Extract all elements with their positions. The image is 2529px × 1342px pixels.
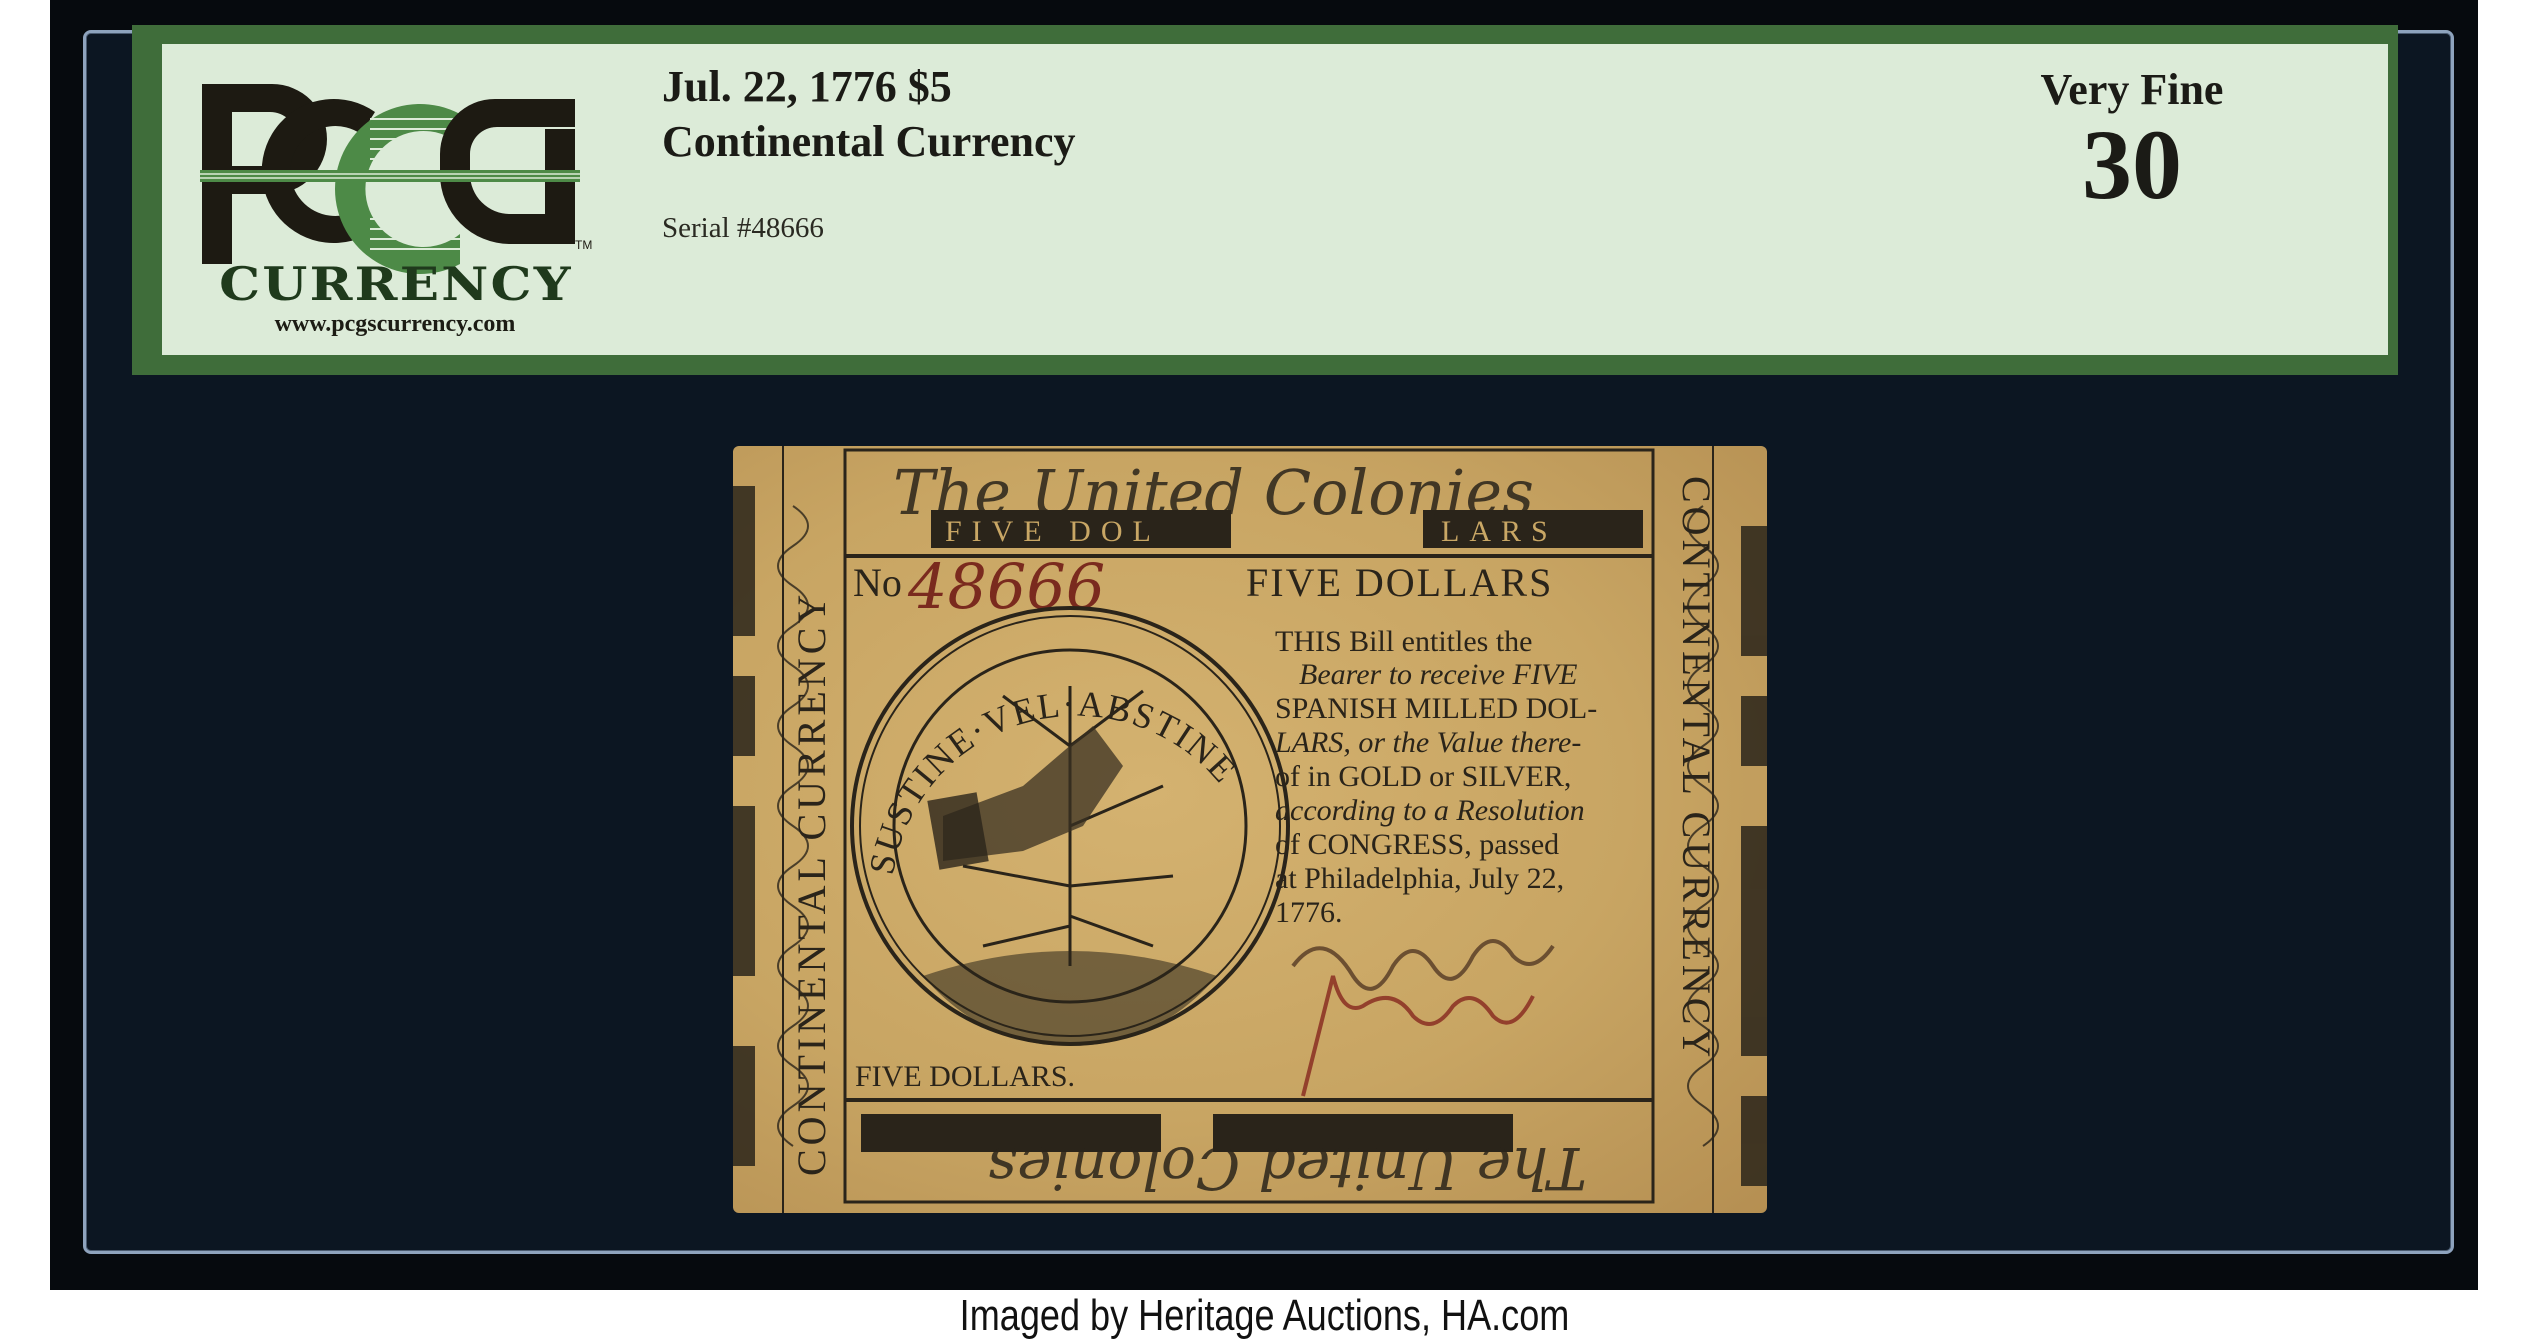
number-prefix: No	[853, 560, 902, 605]
svg-text:of CONGRESS, passed: of CONGRESS, passed	[1275, 828, 1559, 861]
denomination-band-right: LARS	[1441, 515, 1558, 548]
svg-text:LARS, or the Value there-: LARS, or the Value there-	[1274, 726, 1581, 759]
svg-text:Bearer to receive FIVE: Bearer to receive FIVE	[1299, 658, 1577, 691]
svg-text:TM: TM	[575, 238, 592, 252]
pcgs-currency-logo: TM CURRENCY www.pcgscurrency.com	[180, 64, 610, 354]
grade-number: 30	[1982, 110, 2282, 220]
handwritten-serial: 48666	[907, 550, 1105, 623]
bill-text: THIS Bill entitles the Bearer to receive…	[1274, 625, 1597, 929]
grading-label: TM CURRENCY www.pcgscurrency.com Jul. 22…	[132, 25, 2398, 375]
denomination-band-left: FIVE DOL	[945, 515, 1161, 548]
signature-2-icon	[1303, 976, 1533, 1096]
svg-text:according to a Resolution: according to a Resolution	[1275, 794, 1585, 827]
currency-wordmark: CURRENCY	[172, 257, 620, 311]
lower-denomination: FIVE DOLLARS.	[855, 1060, 1075, 1093]
banknote: CONTINENTAL CURRENCY CONTINENTAL CURRENC…	[733, 446, 1767, 1213]
side-text-left: CONTINENTAL CURRENCY	[789, 591, 834, 1176]
grade-description: Very Fine	[1982, 64, 2282, 115]
brand-url: www.pcgscurrency.com	[180, 311, 610, 338]
denomination-title: FIVE DOLLARS	[1246, 560, 1553, 605]
svg-text:THIS Bill entitles the: THIS Bill entitles the	[1275, 625, 1532, 658]
note-type: Continental Currency	[662, 114, 1076, 170]
svg-text:1776.: 1776.	[1275, 896, 1343, 929]
note-title: Jul. 22, 1776 $5	[662, 59, 952, 115]
side-text-right: CONTINENTAL CURRENCY	[1674, 476, 1719, 1061]
svg-text:of in GOLD or SILVER,: of in GOLD or SILVER,	[1275, 760, 1571, 793]
svg-text:at Philadelphia, July 22,: at Philadelphia, July 22,	[1275, 862, 1564, 895]
image-credit: Imaged by Heritage Auctions, HA.com	[228, 1290, 2302, 1342]
banknote-engraving: CONTINENTAL CURRENCY CONTINENTAL CURRENC…	[733, 446, 1767, 1213]
label-panel: TM CURRENCY www.pcgscurrency.com Jul. 22…	[162, 44, 2388, 355]
note-header-inverted: The United Colonies	[987, 1134, 1587, 1202]
serial-number: Serial #48666	[662, 212, 824, 245]
svg-text:SPANISH MILLED DOL-: SPANISH MILLED DOL-	[1275, 692, 1597, 725]
